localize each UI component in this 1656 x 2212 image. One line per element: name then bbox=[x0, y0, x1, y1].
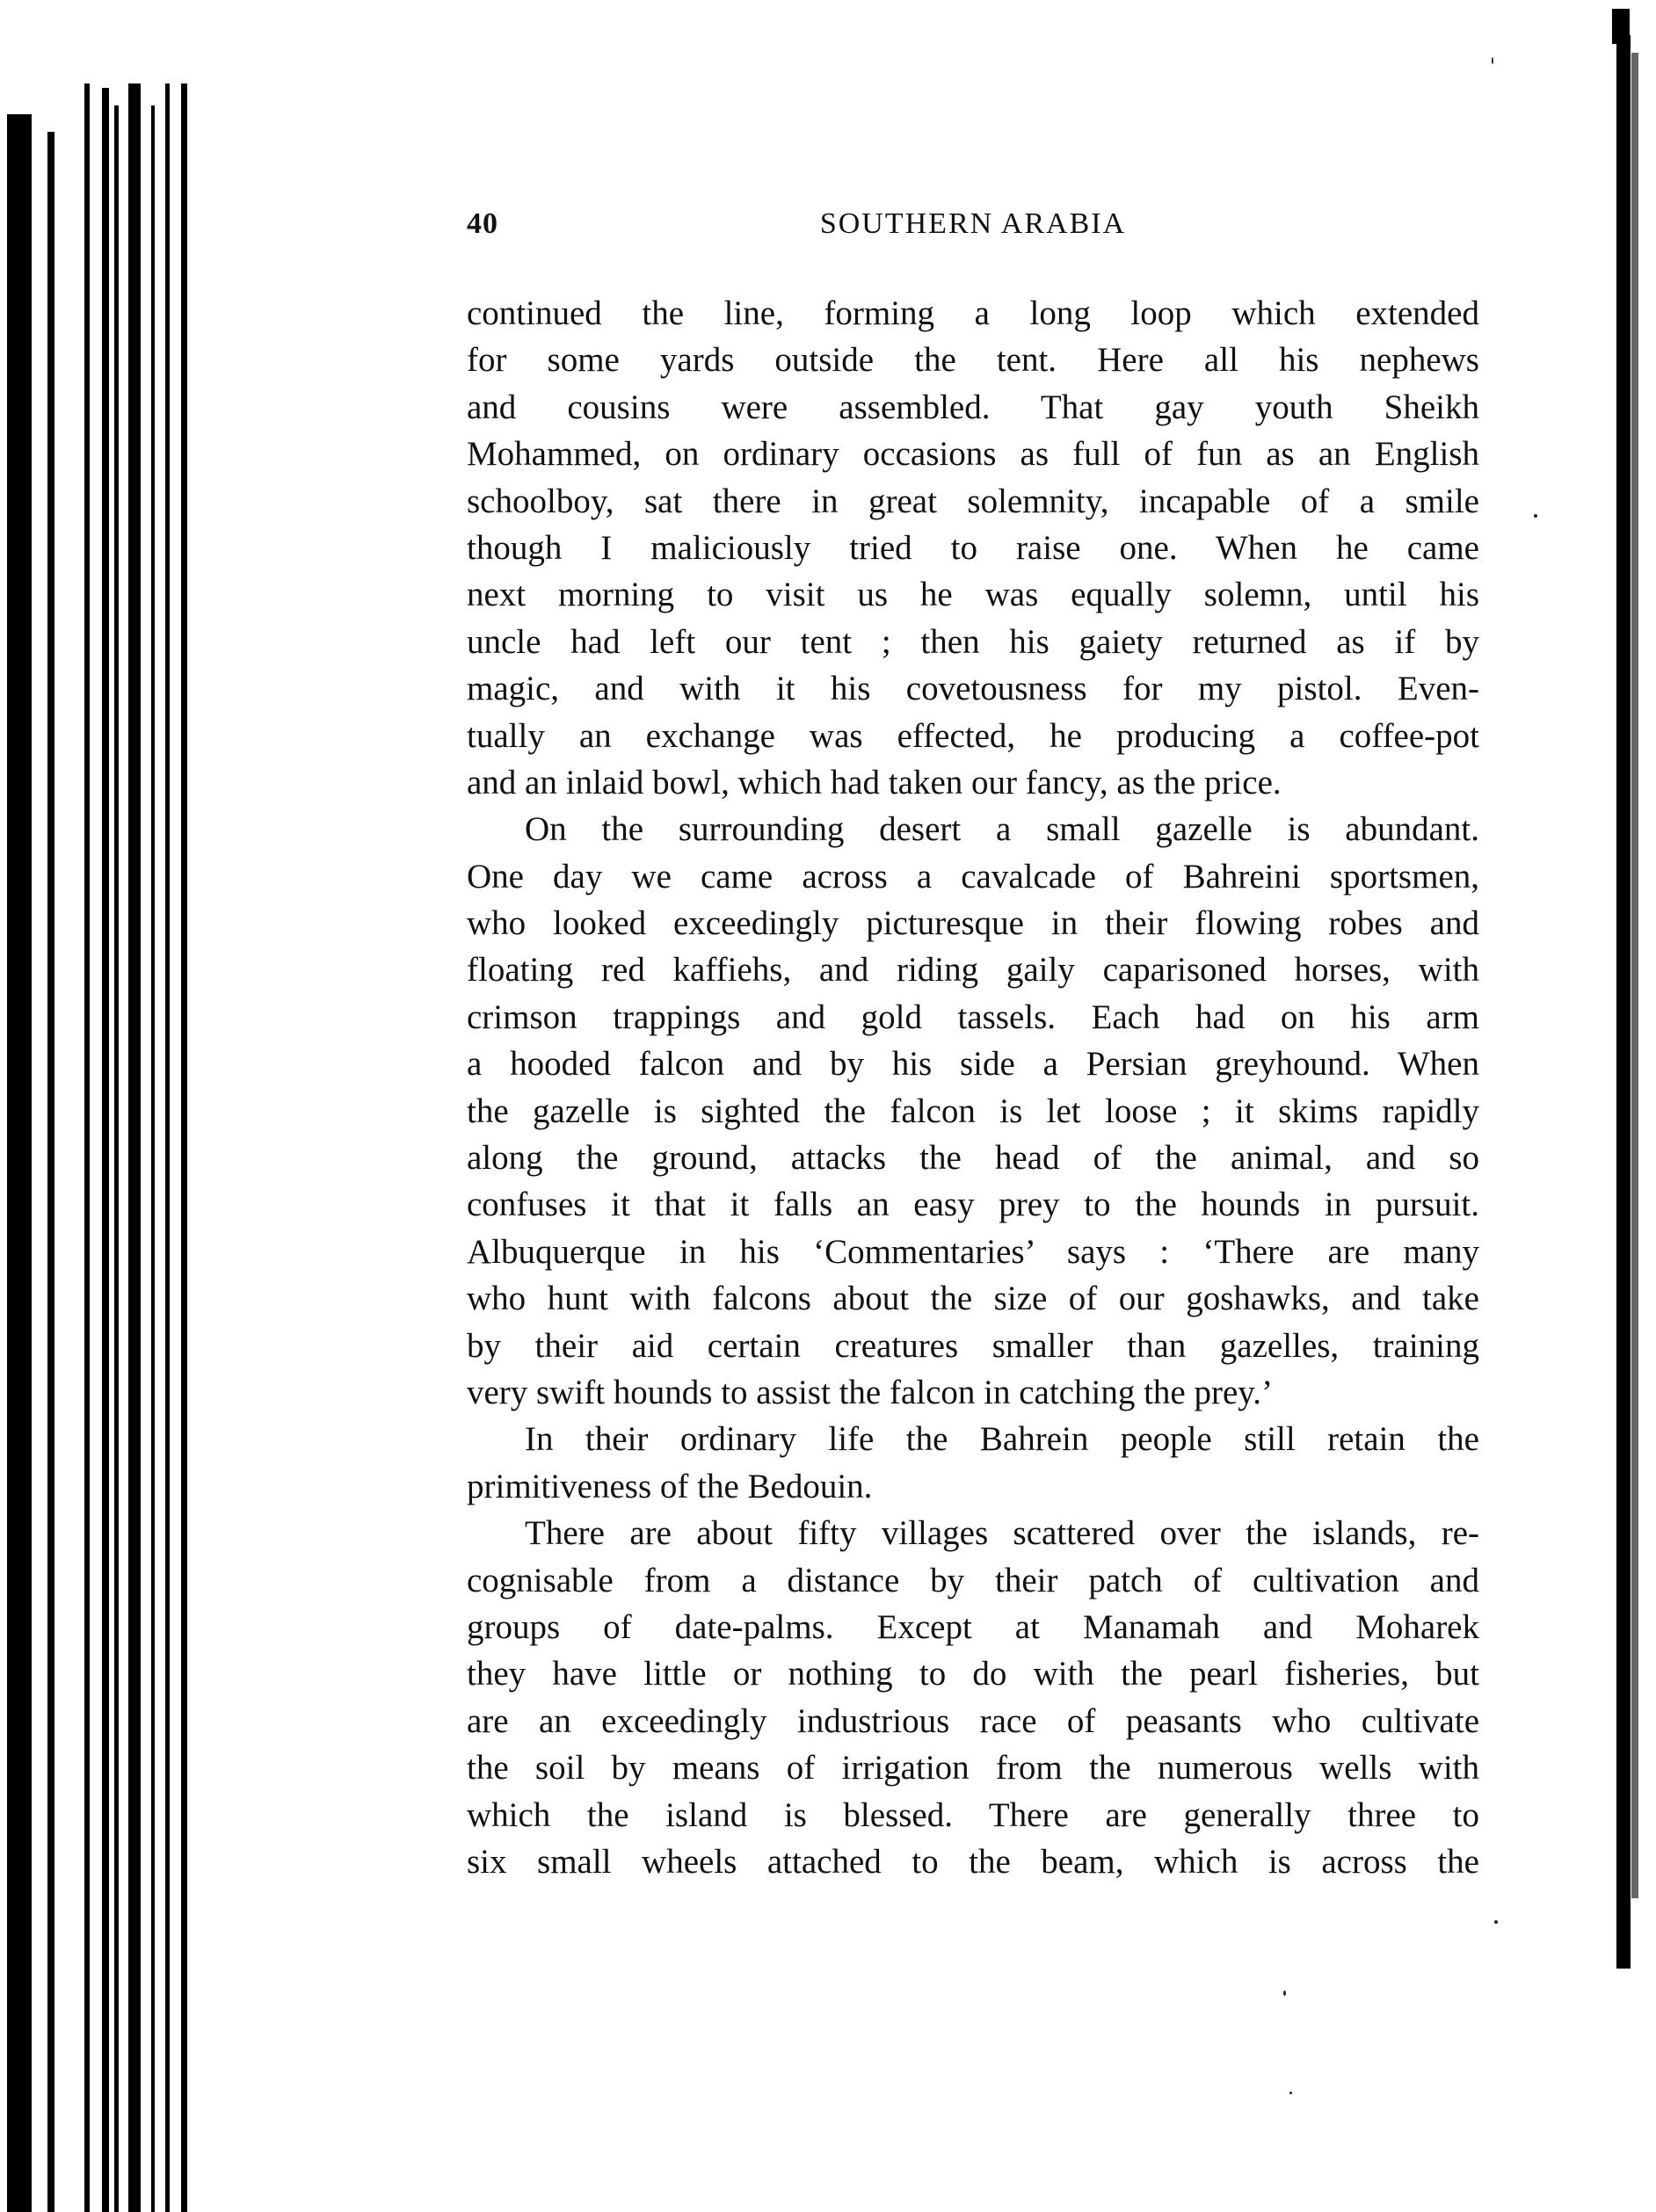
text-line: very swift hounds to assist the falcon i… bbox=[467, 1369, 1479, 1416]
text-line: In their ordinary life the Bahrein peopl… bbox=[467, 1416, 1479, 1462]
text-line: confuses it that it falls an easy prey t… bbox=[467, 1181, 1479, 1228]
paragraph: On the surrounding desert a small gazell… bbox=[467, 806, 1479, 1416]
text-line: by their aid certain creatures smaller t… bbox=[467, 1323, 1479, 1369]
text-line: crimson trappings and gold tassels. Each… bbox=[467, 994, 1479, 1041]
text-line: along the ground, attacks the head of th… bbox=[467, 1135, 1479, 1181]
left-binding-edge bbox=[0, 0, 202, 2212]
text-line: tually an exchange was effected, he prod… bbox=[467, 713, 1479, 759]
scan-speck bbox=[1283, 1991, 1286, 1996]
text-line: On the surrounding desert a small gazell… bbox=[467, 806, 1479, 852]
text-line: who hunt with falcons about the size of … bbox=[467, 1275, 1479, 1322]
text-line: uncle had left our tent ; then his gaiet… bbox=[467, 619, 1479, 665]
scan-speck bbox=[1289, 2092, 1292, 2094]
text-line: though I maliciously tried to raise one.… bbox=[467, 525, 1479, 571]
paragraph: In their ordinary life the Bahrein peopl… bbox=[467, 1416, 1479, 1510]
text-line: There are about fifty villages scattered… bbox=[467, 1510, 1479, 1556]
text-line: groups of date-palms. Except at Manamah … bbox=[467, 1604, 1479, 1650]
text-line: and cousins were assembled. That gay you… bbox=[467, 384, 1479, 431]
text-line: floating red kaffiehs, and riding gaily … bbox=[467, 946, 1479, 993]
text-line: who looked exceedingly picturesque in th… bbox=[467, 900, 1479, 946]
text-line: schoolboy, sat there in great solemnity,… bbox=[467, 478, 1479, 525]
text-line: which the island is blessed. There are g… bbox=[467, 1792, 1479, 1838]
text-line: primitiveness of the Bedouin. bbox=[467, 1463, 1479, 1510]
scan-speck bbox=[1492, 57, 1493, 64]
text-line: the gazelle is sighted the falcon is let… bbox=[467, 1088, 1479, 1135]
paragraph: continued the line, forming a long loop … bbox=[467, 290, 1479, 806]
right-binding-edge bbox=[1586, 0, 1656, 2109]
text-line: they have little or nothing to do with t… bbox=[467, 1650, 1479, 1697]
text-line: next morning to visit us he was equally … bbox=[467, 571, 1479, 618]
scan-speck bbox=[1494, 1920, 1498, 1924]
text-line: six small wheels attached to the beam, w… bbox=[467, 1838, 1479, 1885]
text-line: are an exceedingly industrious race of p… bbox=[467, 1698, 1479, 1744]
running-title: SOUTHERN ARABIA bbox=[467, 207, 1479, 241]
text-line: continued the line, forming a long loop … bbox=[467, 290, 1479, 337]
paragraph: There are about fifty villages scattered… bbox=[467, 1510, 1479, 1885]
text-line: and an inlaid bowl, which had taken our … bbox=[467, 759, 1479, 806]
scan-speck bbox=[1534, 514, 1537, 518]
text-line: One day we came across a cavalcade of Ba… bbox=[467, 853, 1479, 900]
text-line: the soil by means of irrigation from the… bbox=[467, 1744, 1479, 1791]
text-line: a hooded falcon and by his side a Persia… bbox=[467, 1041, 1479, 1087]
text-line: cognisable from a distance by their patc… bbox=[467, 1557, 1479, 1604]
text-line: Mohammed, on ordinary occasions as full … bbox=[467, 431, 1479, 477]
text-line: magic, and with it his covetousness for … bbox=[467, 665, 1479, 712]
text-line: for some yards outside the tent. Here al… bbox=[467, 337, 1479, 383]
body-text: continued the line, forming a long loop … bbox=[467, 290, 1479, 1885]
text-line: Albuquerque in his ‘Commentaries’ says :… bbox=[467, 1229, 1479, 1275]
running-head: 40 SOUTHERN ARABIA bbox=[467, 207, 1479, 251]
